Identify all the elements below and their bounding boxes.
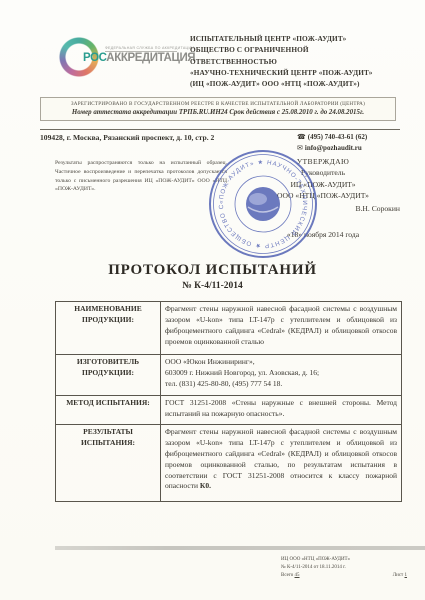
- fire-hazard-class: К0.: [200, 481, 211, 490]
- phone-number: (495) 740-43-61 (62): [308, 133, 368, 141]
- document-title-block: ПРОТОКОЛ ИСПЫТАНИЙ № К-4/11-2014: [0, 262, 425, 291]
- org-line: ИСПЫТАТЕЛЬНЫЙ ЦЕНТР «ПОЖ-АУДИТ»: [190, 33, 408, 44]
- postal-address: 109428, г. Москва, Рязанский проспект, д…: [40, 133, 214, 142]
- row-value-manufacturer: ООО «Юкон Инжиниринг», 603009 г. Нижний …: [161, 355, 402, 396]
- accreditation-registry-line: ЗАРЕГИСТРИРОВАНО В ГОСУДАРСТВЕННОМ РЕЕСТ…: [43, 101, 393, 107]
- org-line: (ИЦ «ПОЖ-АУДИТ» ООО «НТЦ «ПОЖ-АУДИТ»): [190, 78, 408, 89]
- scan-artifact-band: [55, 546, 425, 550]
- wordmark-rest: АККРЕДИТАЦИЯ: [106, 52, 195, 64]
- document-number: № К-4/11-2014: [0, 281, 425, 291]
- organization-name-block: ИСПЫТАТЕЛЬНЫЙ ЦЕНТР «ПОЖ-АУДИТ» ОБЩЕСТВО…: [190, 33, 408, 89]
- contact-block: ☎(495) 740-43-61 (62) ✉info@pozhaudit.ru: [297, 132, 409, 154]
- row-value-test-method: ГОСТ 31251-2008 «Стены наружные с внешне…: [161, 396, 402, 425]
- document-title: ПРОТОКОЛ ИСПЫТАНИЙ: [0, 262, 425, 279]
- address-divider: [40, 129, 400, 130]
- approver-name: В.Н. Сорокин: [238, 203, 408, 214]
- email-address: info@pozhaudit.ru: [305, 144, 362, 152]
- approval-title: УТВЕРЖДАЮ: [238, 156, 408, 167]
- org-line: ОТВЕТСТВЕННОСТЬЮ: [190, 56, 408, 67]
- org-line: ОБЩЕСТВО С ОГРАНИЧЕННОЙ: [190, 44, 408, 55]
- row-label-manufacturer: ИЗГОТОВИТЕЛЬ ПРОДУКЦИИ:: [56, 355, 161, 396]
- table-row: НАИМЕНОВАНИЕ ПРОДУКЦИИ: Фрагмент стены н…: [56, 302, 402, 355]
- row-label-test-results: РЕЗУЛЬТАТЫ ИСПЫТАНИЯ:: [56, 425, 161, 502]
- approval-org2: ООО «НТЦ «ПОЖ-АУДИТ»: [238, 190, 408, 201]
- accreditation-number-line: Номер аттестата аккредитации ТРПБ.RU.ИН2…: [43, 109, 393, 116]
- phone-icon: ☎: [297, 133, 306, 141]
- approval-date: «18» ноября 2014 года: [238, 229, 408, 240]
- table-row: МЕТОД ИСПЫТАНИЯ: ГОСТ 31251-2008 «Стены …: [56, 396, 402, 425]
- envelope-icon: ✉: [297, 144, 303, 152]
- accreditation-box: ЗАРЕГИСТРИРОВАНО В ГОСУДАРСТВЕННОМ РЕЕСТ…: [40, 97, 396, 121]
- org-line: «НАУЧНО-ТЕХНИЧЕСКИЙ ЦЕНТР «ПОЖ-АУДИТ»: [190, 67, 408, 78]
- row-label-test-method: МЕТОД ИСПЫТАНИЯ:: [56, 396, 161, 425]
- table-row: ИЗГОТОВИТЕЛЬ ПРОДУКЦИИ: ООО «Юкон Инжини…: [56, 355, 402, 396]
- approval-role: Руководитель: [238, 167, 408, 178]
- footer-sheet-number: Лист 1: [393, 572, 407, 580]
- approval-block: УТВЕРЖДАЮ Руководитель ИЦ «ПОЖ-АУДИТ» ОО…: [238, 156, 408, 240]
- rosakkreditaciya-wordmark: ФЕДЕРАЛЬНАЯ СЛУЖБА ПО АККРЕДИТАЦИИ РОСАК…: [83, 46, 195, 64]
- protocol-table: НАИМЕНОВАНИЕ ПРОДУКЦИИ: Фрагмент стены н…: [55, 301, 402, 502]
- approval-org1: ИЦ «ПОЖ-АУДИТ»: [238, 179, 408, 190]
- reproduction-disclaimer: Результаты распространяются только на ис…: [55, 159, 227, 194]
- wordmark-highlight: РОС: [83, 52, 106, 64]
- footer-total-pages: Всего 45: [281, 572, 300, 580]
- page-footer: ИЦ ООО «НТЦ «ПОЖ-АУДИТ» № К-4/11-2014 от…: [281, 556, 407, 580]
- footer-org: ИЦ ООО «НТЦ «ПОЖ-АУДИТ»: [281, 556, 407, 564]
- scanned-protocol-document: ФЕДЕРАЛЬНАЯ СЛУЖБА ПО АККРЕДИТАЦИИ РОСАК…: [0, 0, 425, 600]
- row-value-test-results: Фрагмент стены наружной навесной фасадно…: [161, 425, 402, 502]
- row-label-product-name: НАИМЕНОВАНИЕ ПРОДУКЦИИ:: [56, 302, 161, 355]
- row-value-product-name: Фрагмент стены наружной навесной фасадно…: [161, 302, 402, 355]
- table-row: РЕЗУЛЬТАТЫ ИСПЫТАНИЯ: Фрагмент стены нар…: [56, 425, 402, 502]
- rosakkreditaciya-logo: ФЕДЕРАЛЬНАЯ СЛУЖБА ПО АККРЕДИТАЦИИ РОСАК…: [56, 31, 191, 87]
- footer-protocol-number: № К-4/11-2014 от 18.11.2014 г.: [281, 564, 407, 572]
